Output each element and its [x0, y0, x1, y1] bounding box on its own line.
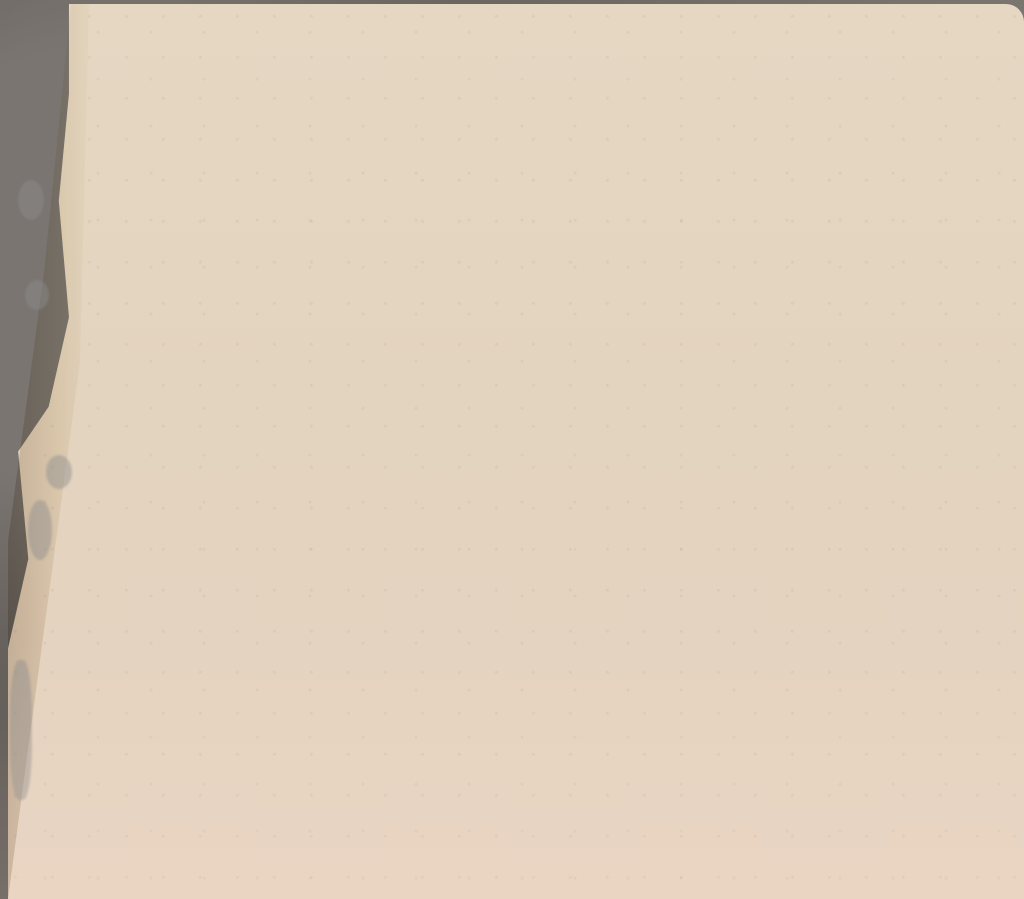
mold-spot [28, 500, 52, 560]
paper-sheet [8, 4, 1024, 899]
mold-spot [10, 660, 32, 800]
mold-spot [18, 180, 44, 220]
mold-spot [25, 280, 49, 310]
mold-spot [46, 455, 72, 489]
